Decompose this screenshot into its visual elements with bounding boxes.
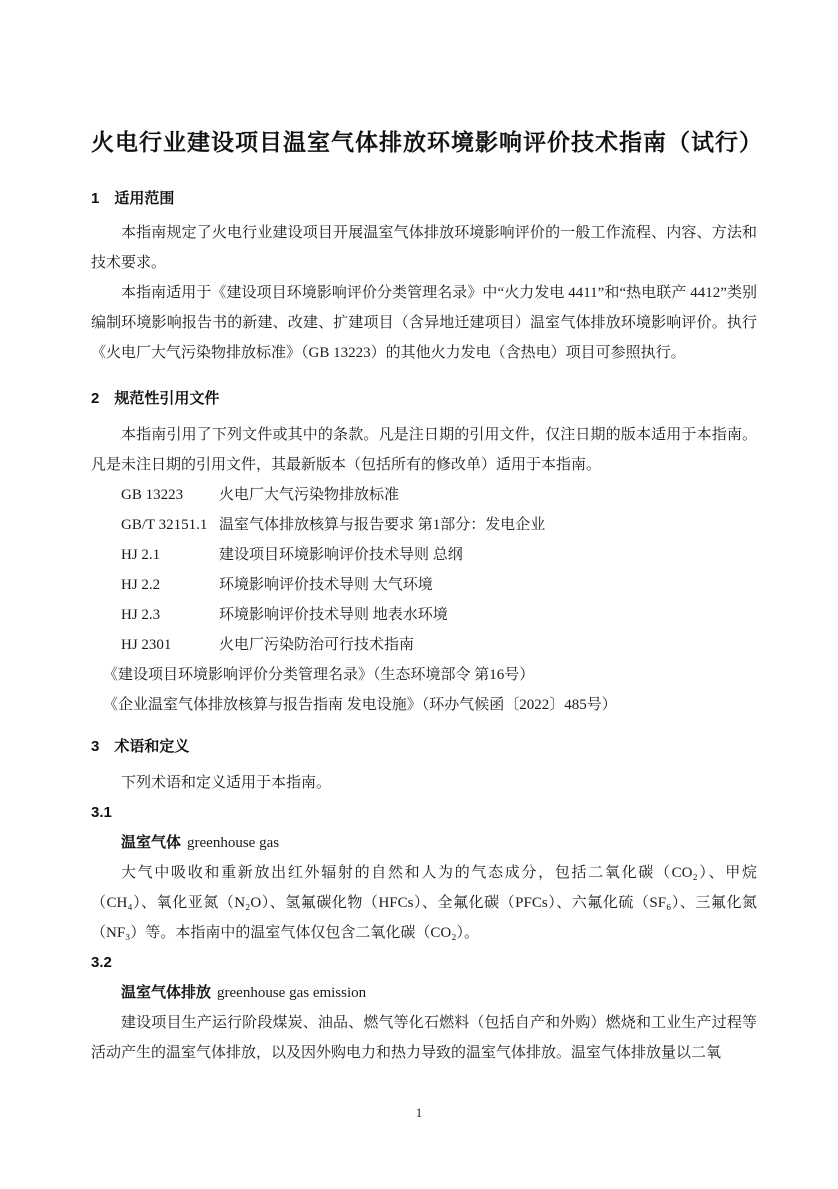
reference-document: 《企业温室气体排放核算与报告指南 发电设施》（环办气候函〔2022〕485号）	[91, 690, 757, 720]
section-1-number: 1	[91, 190, 99, 207]
section-2-heading: 2规范性引用文件	[91, 388, 757, 410]
reference-item: HJ 2301 火电厂污染防治可行技术指南	[91, 630, 757, 660]
document-title: 火电行业建设项目温室气体排放环境影响评价技术指南（试行）	[91, 126, 757, 158]
reference-item: GB 13223 火电厂大气污染物排放标准	[91, 480, 757, 510]
term-3-1-english: greenhouse gas	[187, 835, 279, 851]
term-3-2-name: 温室气体排放greenhouse gas emission	[91, 978, 757, 1008]
reference-code: HJ 2.1	[121, 540, 219, 570]
term-3-2-number: 3.2	[91, 948, 757, 978]
reference-item: HJ 2.1 建设项目环境影响评价技术导则 总纲	[91, 540, 757, 570]
reference-title: 建设项目环境影响评价技术导则 总纲	[219, 540, 757, 570]
section-1-paragraph-2: 本指南适用于《建设项目环境影响评价分类管理名录》中“火力发电 4411”和“热电…	[91, 278, 757, 368]
section-2-title: 规范性引用文件	[114, 390, 219, 407]
reference-title: 火电厂大气污染物排放标准	[219, 480, 757, 510]
reference-title: 温室气体排放核算与报告要求 第1部分：发电企业	[219, 510, 757, 540]
section-2-intro: 本指南引用了下列文件或其中的条款。凡是注日期的引用文件，仅注日期的版本适用于本指…	[91, 420, 757, 480]
section-3-number: 3	[91, 738, 99, 755]
reference-document: 《建设项目环境影响评价分类管理名录》（生态环境部令 第16号）	[91, 660, 757, 690]
section-1-heading: 1适用范围	[91, 188, 757, 210]
reference-title: 火电厂污染防治可行技术指南	[219, 630, 757, 660]
section-3-intro: 下列术语和定义适用于本指南。	[91, 768, 757, 798]
term-3-1-definition: 大气中吸收和重新放出红外辐射的自然和人为的气态成分，包括二氧化碳（CO₂）、甲烷…	[91, 858, 757, 948]
term-3-1-chinese: 温室气体	[121, 834, 181, 851]
term-3-1-name: 温室气体greenhouse gas	[91, 828, 757, 858]
term-3-2-definition: 建设项目生产运行阶段煤炭、油品、燃气等化石燃料（包括自产和外购）燃烧和工业生产过…	[91, 1008, 757, 1068]
reference-title: 环境影响评价技术导则 大气环境	[219, 570, 757, 600]
reference-item: HJ 2.3 环境影响评价技术导则 地表水环境	[91, 600, 757, 630]
reference-title: 环境影响评价技术导则 地表水环境	[219, 600, 757, 630]
reference-code: HJ 2.2	[121, 570, 219, 600]
reference-code: HJ 2301	[121, 630, 219, 660]
section-3-title: 术语和定义	[114, 738, 189, 755]
document-page: 火电行业建设项目温室气体排放环境影响评价技术指南（试行） 1适用范围 本指南规定…	[0, 0, 838, 1189]
section-1-paragraph-1: 本指南规定了火电行业建设项目开展温室气体排放环境影响评价的一般工作流程、内容、方…	[91, 218, 757, 278]
reference-code: GB 13223	[121, 480, 219, 510]
section-3-heading: 3术语和定义	[91, 736, 757, 758]
term-3-2-english: greenhouse gas emission	[217, 985, 366, 1001]
document-content: 火电行业建设项目温室气体排放环境影响评价技术指南（试行） 1适用范围 本指南规定…	[91, 0, 757, 1068]
reference-item: GB/T 32151.1 温室气体排放核算与报告要求 第1部分：发电企业	[91, 510, 757, 540]
reference-item: HJ 2.2 环境影响评价技术导则 大气环境	[91, 570, 757, 600]
page-number: 1	[0, 1105, 838, 1121]
section-1-title: 适用范围	[114, 190, 174, 207]
section-2-number: 2	[91, 390, 99, 407]
reference-code: GB/T 32151.1	[121, 510, 219, 540]
term-3-1-number: 3.1	[91, 798, 757, 828]
term-3-2-chinese: 温室气体排放	[121, 984, 211, 1001]
reference-code: HJ 2.3	[121, 600, 219, 630]
